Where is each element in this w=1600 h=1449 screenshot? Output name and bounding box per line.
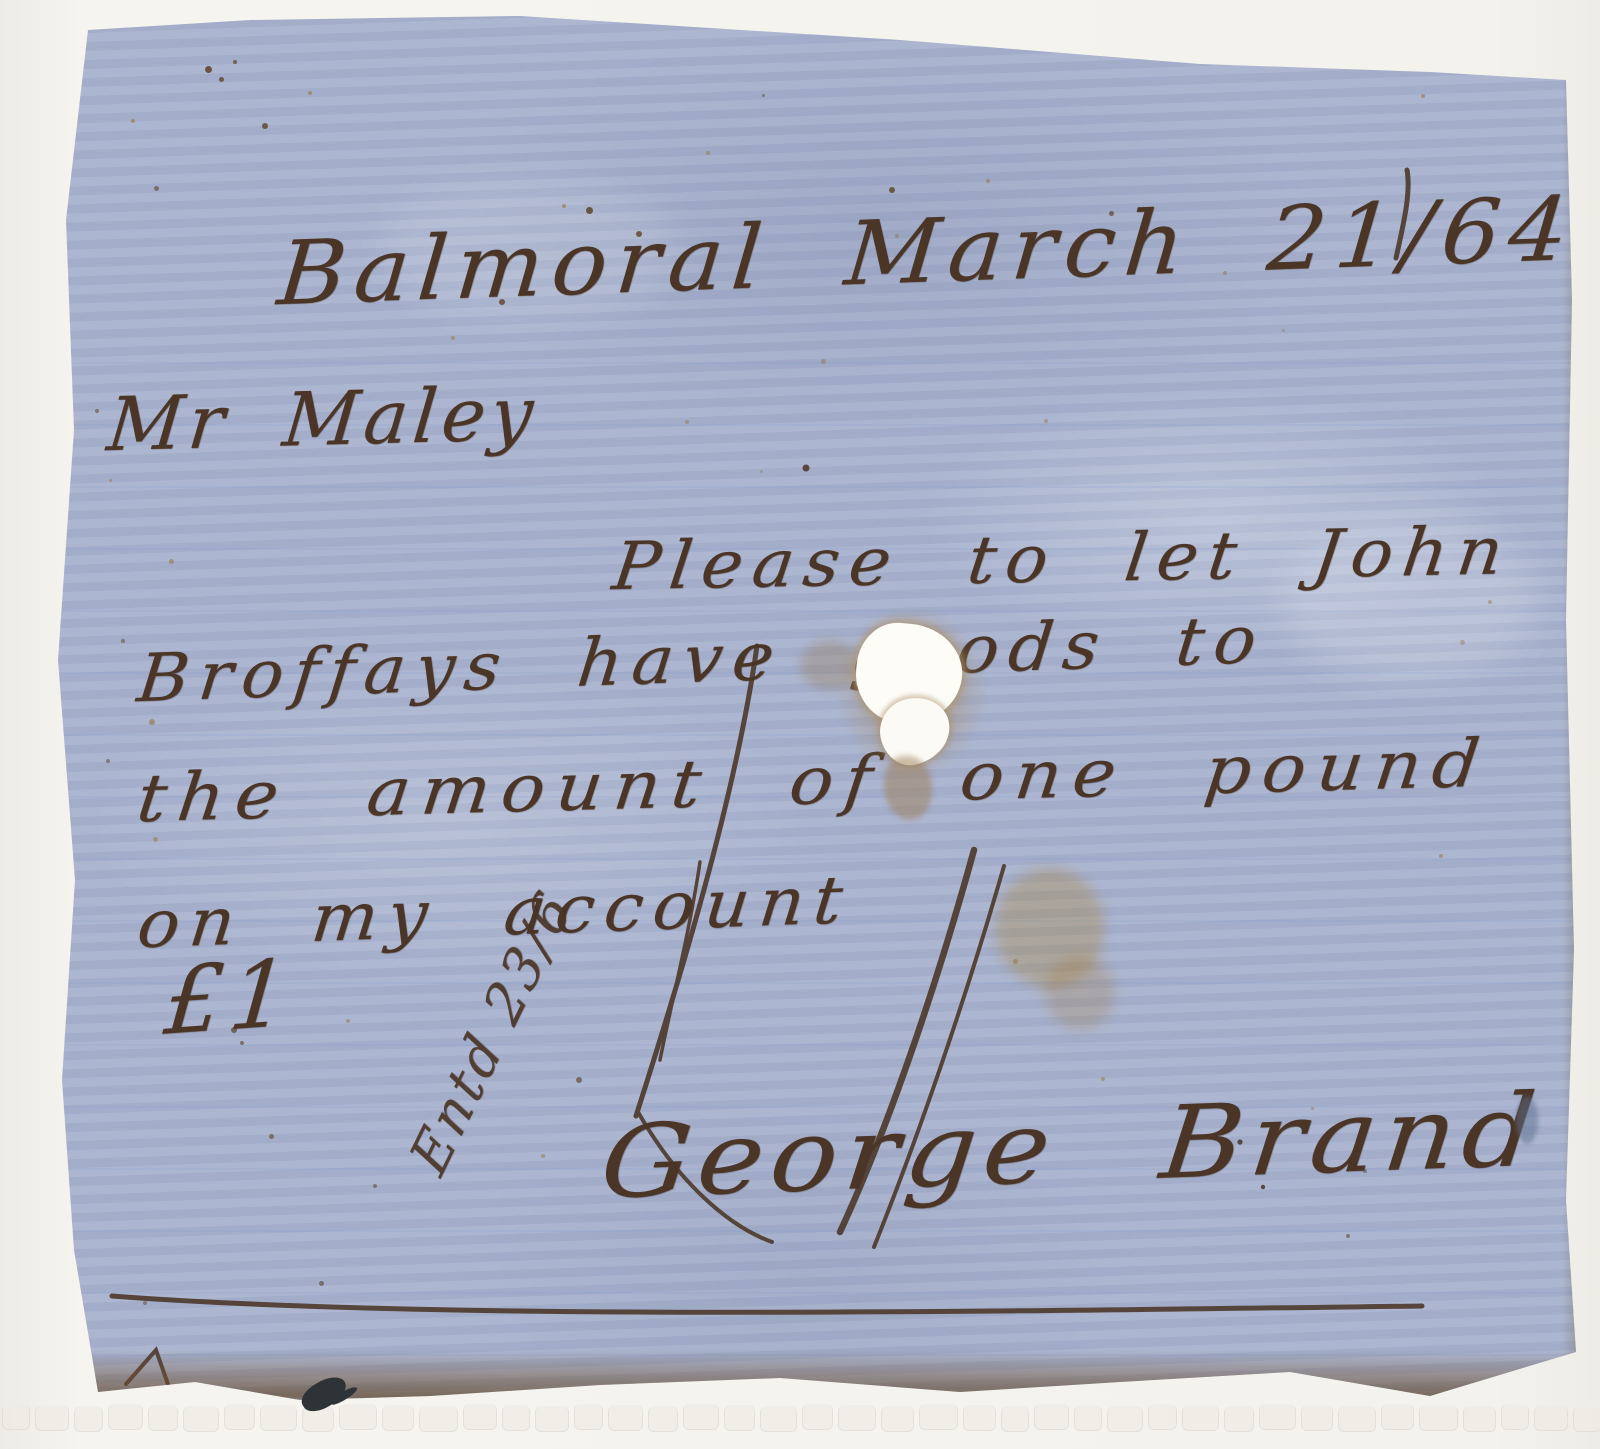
emboss-cell	[574, 1404, 603, 1430]
emboss-cell	[535, 1406, 569, 1432]
letter-amount: £1	[161, 939, 299, 1056]
foxing-spot	[319, 1281, 324, 1286]
paper-hole-damage	[884, 756, 932, 820]
emboss-cell	[260, 1405, 297, 1431]
foxing-spot	[346, 1019, 350, 1023]
foxing-spot	[821, 359, 826, 364]
emboss-cell	[1573, 1406, 1600, 1432]
emboss-cell	[1419, 1405, 1458, 1431]
foxing-spot	[1460, 640, 1465, 645]
emboss-cell	[502, 1405, 530, 1431]
torn-edge-top	[0, 0, 1600, 10]
emboss-cell	[1107, 1406, 1142, 1432]
emboss-cell	[382, 1405, 415, 1431]
emboss-cell	[881, 1406, 914, 1432]
foxing-spot	[269, 1134, 274, 1139]
emboss-cell	[419, 1406, 458, 1432]
foxing-spot	[1282, 329, 1285, 332]
foxing-spot	[131, 119, 135, 123]
emboss-cell	[35, 1405, 69, 1431]
letter-salutation: Mr Maley	[104, 371, 542, 468]
foxing-spot	[106, 759, 110, 763]
foxing-spot	[986, 179, 990, 183]
foxing-spot	[154, 186, 159, 191]
foxing-spot	[576, 1077, 582, 1083]
emboss-cell	[2, 1404, 30, 1430]
emboss-cell	[919, 1404, 958, 1430]
emboss-cell	[148, 1405, 178, 1431]
foxing-spot	[1312, 61, 1315, 64]
foxing-spot	[121, 639, 125, 643]
emboss-cell	[1301, 1405, 1333, 1431]
foxing-spot	[149, 719, 155, 725]
foxing-spot	[1101, 1077, 1105, 1081]
emboss-cell	[1224, 1406, 1255, 1432]
torn-edge-right	[1562, 0, 1576, 1449]
emboss-cell	[1338, 1406, 1376, 1432]
emboss-cell	[1534, 1405, 1568, 1431]
emboss-cell	[74, 1406, 103, 1432]
foxing-stain	[1045, 955, 1115, 1030]
foxing-spot	[1421, 94, 1425, 98]
foxing-spot	[1044, 419, 1048, 423]
emboss-cell	[802, 1404, 834, 1430]
foxing-spot	[706, 151, 710, 155]
emboss-cell	[1259, 1404, 1296, 1430]
emboss-cell	[1074, 1405, 1103, 1431]
foxing-spot	[219, 77, 224, 82]
emboss-cell	[1182, 1405, 1218, 1431]
foxing-spot	[95, 409, 99, 413]
emboss-cell	[1463, 1406, 1496, 1432]
emboss-cell	[648, 1406, 678, 1432]
emboss-cell	[1034, 1404, 1068, 1430]
emboss-cell	[683, 1404, 719, 1430]
letter-paper: Balmoral March 21/64 Mr Maley Please to …	[0, 0, 1600, 1449]
foxing-spot	[541, 1154, 545, 1158]
emboss-cell	[1001, 1406, 1029, 1432]
foxing-spot	[169, 559, 174, 564]
foxing-spot	[760, 470, 763, 473]
emboss-cell	[838, 1405, 876, 1431]
blue-smudge	[1516, 1096, 1538, 1144]
emboss-cell	[183, 1406, 219, 1432]
emboss-cell	[108, 1404, 143, 1430]
foxing-spot	[685, 420, 689, 424]
emboss-cell	[1148, 1404, 1178, 1430]
emboss-cell	[224, 1404, 255, 1430]
torn-edge-bottom	[0, 1350, 1600, 1400]
foxing-spot	[205, 66, 212, 73]
emboss-cell	[463, 1404, 496, 1430]
foxing-spot	[308, 91, 312, 95]
foxing-spot	[109, 479, 112, 482]
emboss-cell	[760, 1406, 797, 1432]
foxing-spot	[1013, 959, 1018, 964]
emboss-cell	[963, 1405, 996, 1431]
foxing-spot	[1346, 1234, 1350, 1238]
letter-body-line-1: Please to let John	[609, 512, 1517, 605]
foxing-spot	[233, 60, 237, 64]
emboss-cell	[1381, 1404, 1414, 1430]
emboss-cell	[724, 1405, 755, 1431]
foxing-spot	[1439, 854, 1443, 858]
foxing-spot	[562, 204, 566, 208]
paper-ruled-lines	[0, 302, 1600, 1389]
emboss-cell	[1501, 1404, 1529, 1430]
scanned-letter-page: Balmoral March 21/64 Mr Maley Please to …	[0, 0, 1600, 1449]
foxing-spot	[1488, 600, 1492, 604]
foxing-spot	[451, 336, 455, 340]
emboss-cell	[339, 1404, 377, 1430]
torn-edge-left	[0, 0, 18, 1449]
foxing-spot	[762, 94, 765, 97]
foxing-spot	[143, 1301, 147, 1305]
foxing-spot	[262, 123, 268, 129]
foxing-spot	[153, 837, 158, 842]
foxing-spot	[373, 1184, 377, 1188]
emboss-cell	[608, 1405, 643, 1431]
scanner-emboss-strip	[2, 1404, 1600, 1430]
foxing-spot	[889, 187, 895, 193]
